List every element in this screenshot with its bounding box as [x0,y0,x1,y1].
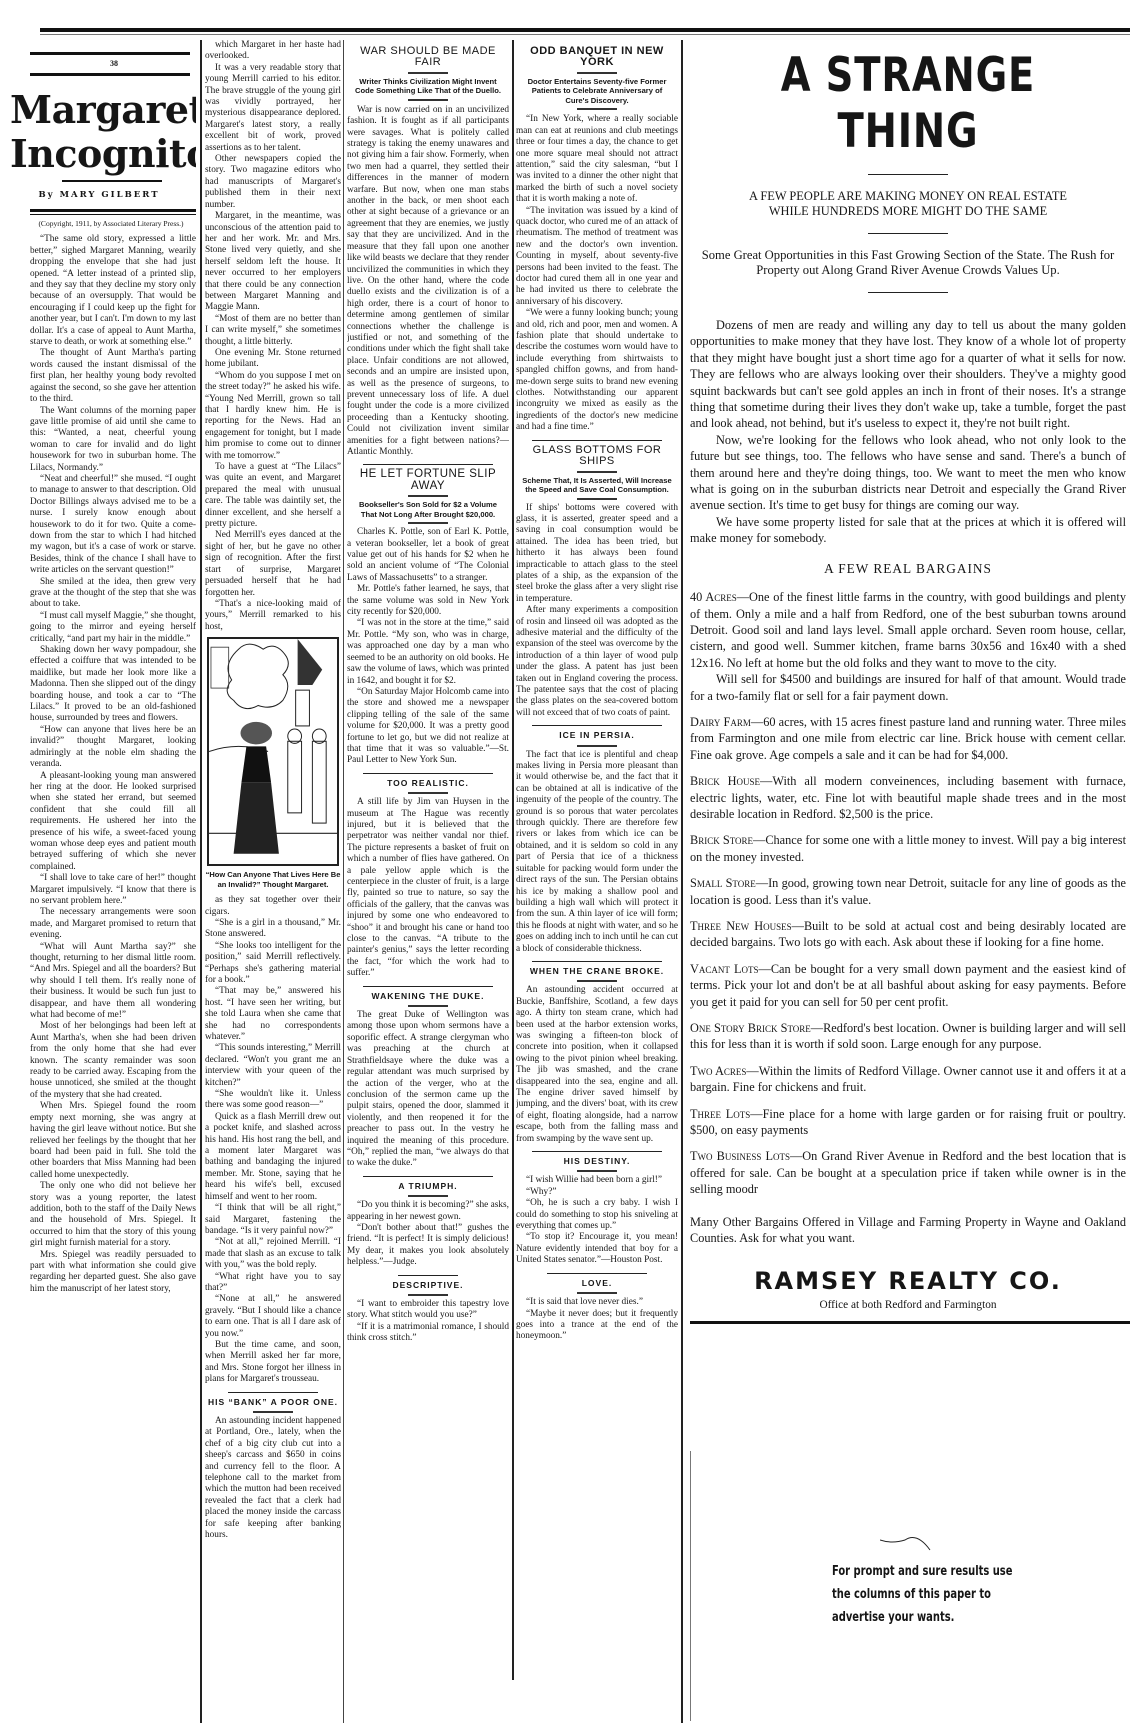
company-name: RAMSEY REALTY CO. [686,1267,1130,1295]
subhead-rule [577,498,617,500]
banquet-subhead: Doctor Entertains Seventy-five Former Pa… [522,77,672,106]
crane-headline: WHEN THE CRANE BROKE. [516,966,678,977]
column-divider [200,40,202,1723]
section-rule [228,1392,318,1393]
flourish-icon [880,1535,950,1555]
ad-tagline: Some Great Opportunities in this Fast Gr… [692,248,1124,278]
headline-rule [577,72,617,74]
bank-headline: HIS “BANK” A POOR ONE. [205,1397,341,1408]
column-4-articles: ODD BANQUET IN NEW YORK Doctor Entertain… [516,40,678,1723]
classified-promo: For prompt and sure results use the colu… [832,1560,1019,1629]
ad-bottom-rule [690,1321,1130,1324]
story-illustration [207,637,339,866]
column-divider [512,40,514,1680]
love-headline: LOVE. [516,1278,678,1289]
listing: Dairy Farm—60 acres, with 15 acres fines… [690,714,1126,763]
column-divider [681,40,683,1723]
other-bargains: Many Other Bargains Offered in Village a… [690,1214,1126,1247]
byline: By MARY GILBERT [2,190,196,201]
headline-rule [408,1195,448,1197]
headline-rule [577,980,617,982]
ad-rule [868,292,948,293]
headline-rule [253,1411,293,1413]
listing: Brick House—With all modern conveinences… [690,773,1126,822]
fortune-subhead: Bookseller's Son Sold for $2 a Volume Th… [353,500,503,519]
war-subhead: Writer Thinks Civilization Might Invent … [353,77,503,96]
listing: Three Lots—Fine place for a home with la… [690,1106,1126,1139]
headline-rule [577,1170,617,1172]
title-rule [62,180,162,182]
section-rule [363,986,493,987]
bargains-heading: A FEW REAL BARGAINS [690,561,1126,577]
glass-headline: GLASS BOTTOMS FOR SHIPS [516,445,678,468]
masthead-thin-rule [40,34,1130,35]
banquet-headline: ODD BANQUET IN NEW YORK [516,46,678,69]
section-rule [532,1151,662,1152]
ad-headline: A STRANGE THING [726,48,1090,160]
headline-rule [408,1005,448,1007]
section-rule [547,1273,647,1274]
masthead-rule [40,28,1130,32]
headline-rule [408,792,448,794]
listing: One Story Brick Store—Redford's best loc… [690,1020,1126,1053]
section-rule [532,725,662,726]
section-rule [532,961,662,962]
listing: Two Acres—Within the limits of Redford V… [690,1063,1126,1096]
destiny-headline: HIS DESTINY. [516,1156,678,1167]
column-1-story: 38 Margaret Incognito By MARY GILBERT (C… [2,40,196,1723]
listing: 40 Acres—One of the finest little farms … [690,589,1126,671]
byline-rule [30,209,196,215]
column-2-story-continued: which Margaret in her haste had overlook… [205,40,341,1723]
header-box: 38 [30,52,190,76]
company-office: Office at both Redford and Farmington [686,1299,1130,1311]
headline-rule [408,495,448,497]
ad-subtitle-1: A FEW PEOPLE ARE MAKING MONEY ON REAL ES… [686,189,1130,204]
real-estate-advertisement: A STRANGE THING A FEW PEOPLE ARE MAKING … [686,40,1130,1723]
ad-rule [868,233,948,234]
realistic-headline: TOO REALISTIC. [347,778,509,789]
triumph-headline: A TRIUMPH. [347,1181,509,1192]
section-rule [363,773,493,774]
subhead-rule [408,522,448,524]
subhead-rule [577,108,617,110]
copyright-notice: (Copyright, 1911, by Associated Literary… [30,219,192,228]
column-3-articles: WAR SHOULD BE MADE FAIR Writer Thinks Ci… [347,40,509,1723]
ad-rule [868,174,948,175]
listing: Three New Houses—Built to be sold at act… [690,918,1126,951]
fortune-headline: HE LET FORTUNE SLIP AWAY [347,469,509,492]
section-rule [532,440,662,441]
illustration-caption: “How Can Anyone That Lives Here Be an In… [205,870,341,889]
ad-subtitle-2: WHILE HUNDREDS MORE MIGHT DO THE SAME [686,204,1130,219]
subhead-rule [408,99,448,101]
headline-rule [408,72,448,74]
headline-rule [577,745,617,747]
descriptive-headline: DESCRIPTIVE. [347,1280,509,1291]
column-divider [343,40,344,1723]
classified-box-rule [690,1451,691,1721]
section-rule [363,1176,493,1177]
headline-rule [577,1292,617,1294]
ad-body: Dozens of men are ready and willing any … [690,317,1126,1247]
story-body: “The same old story, expressed a little … [30,234,196,1295]
woman-in-garden-icon [209,639,337,864]
listing: Vacant Lots—Can be bought for a very sma… [690,961,1126,1010]
section-rule [398,1275,458,1276]
listing: Small Store—In good, growing town near D… [690,875,1126,908]
listing: Brick Store—Chance for some one with a l… [690,832,1126,865]
headline-rule [408,1294,448,1296]
story-title: Margaret Incognito [10,88,196,176]
headline-rule [577,471,617,473]
newspaper-page: 38 Margaret Incognito By MARY GILBERT (C… [0,0,1132,1723]
listing: Two Business Lots—On Grand River Avenue … [690,1148,1126,1197]
duke-headline: WAKENING THE DUKE. [347,991,509,1002]
glass-subhead: Scheme That, It Is Asserted, Will Increa… [522,476,672,495]
ice-headline: ICE IN PERSIA. [516,730,678,741]
section-rule [363,464,493,465]
war-headline: WAR SHOULD BE MADE FAIR [347,46,509,69]
